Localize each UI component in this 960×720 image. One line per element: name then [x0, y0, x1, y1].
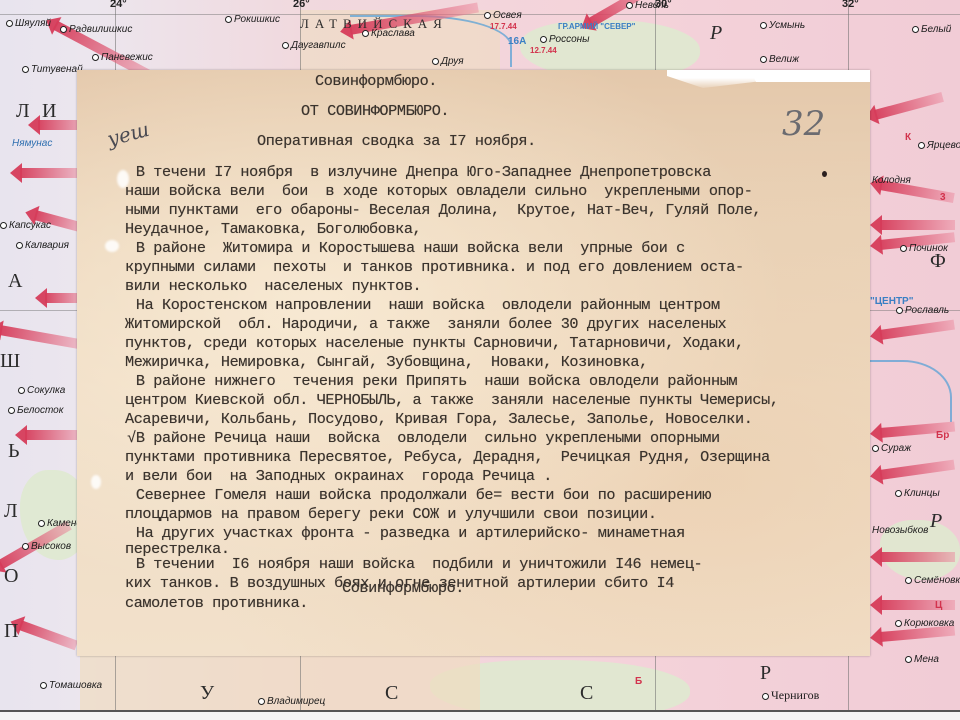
offensive-arrow: [880, 552, 955, 562]
army-label: 3: [940, 192, 946, 203]
map-region-letter: Ш: [0, 350, 22, 373]
map-city: Сокулка: [18, 385, 65, 396]
document-text-line: ными пунктами его обароны- Веселая Долин…: [125, 201, 761, 220]
offensive-arrow: [874, 92, 944, 120]
document-text-line: Межиричка, Немировка, Сынгай, Зубовщина,…: [125, 353, 648, 372]
document-text-line: пунктов, среди которых населеные пункты …: [125, 334, 744, 353]
map-city: Освея: [484, 10, 522, 21]
document-text-line: наши войска вели бои в ходе которых овла…: [125, 182, 752, 201]
map-city: Белосток: [8, 405, 63, 416]
document-text-line: Житомирской обл. Народичи, а также занял…: [125, 315, 726, 334]
map-region-letter: Ь: [8, 440, 21, 463]
document-text-line: В районе Житомира и Коростышева наши вой…: [101, 239, 685, 258]
map-city: Россоны: [540, 34, 590, 45]
army-label: 16А: [508, 36, 526, 47]
map-city: Шяуляй: [6, 18, 51, 29]
offensive-arrow: [880, 220, 955, 230]
map-city: Томашовка: [40, 680, 102, 691]
map-parallel: [0, 14, 960, 15]
degree-label: 32°: [842, 0, 859, 10]
offensive-arrow: [880, 600, 955, 610]
map-region-letter: И: [42, 100, 58, 123]
map-region-letter: Л: [4, 500, 20, 523]
document-signature: Совинформбюро.: [342, 579, 464, 598]
offensive-arrow: [879, 320, 955, 340]
map-city: Титувенай: [22, 64, 83, 75]
map-city: Капсукас: [0, 220, 51, 231]
document-text-line: Неудачное, Тамаковка, Боголюбовка,: [125, 220, 421, 239]
map-region-letter: У: [200, 682, 216, 705]
document-text-line: √В районе Речица наши войска овлодели си…: [101, 429, 720, 448]
document-text-line: В течении I6 ноября наши войска подбили …: [101, 555, 702, 574]
document-text-line: самолетов противника.: [125, 594, 308, 613]
map-river-label: Нямунас: [12, 138, 52, 149]
map-region-letter: Р: [760, 662, 773, 685]
army-date: 12.7.44: [530, 46, 557, 55]
document-title: ОТ СОВИНФОРМБЮРО.: [301, 102, 449, 121]
army-label: Бр: [936, 430, 949, 441]
map-city: Семёновка: [905, 575, 960, 586]
map-bottom-border: [0, 710, 960, 720]
map-city: Рокишкис: [225, 14, 280, 25]
map-city: Ярцево: [918, 140, 960, 151]
map-city: Радвилишкис: [60, 24, 132, 35]
document-text-line: Асаревичи, Кольбань, Посудово, Кривая Го…: [125, 410, 752, 429]
document-subtitle: Оперативная сводка за I7 ноября.: [257, 132, 536, 151]
army-date: 17.7.44: [490, 22, 517, 31]
army-label: Б: [635, 676, 642, 687]
army-label: К: [905, 132, 911, 143]
document-text-line: центром Киевской обл. ЧЕРНОБЫЛЬ, а также…: [125, 391, 779, 410]
map-region-letter: Р: [710, 22, 724, 45]
document-text-line: пунктами противника Пересвятое, Ребуса, …: [125, 448, 770, 467]
army-label: ГР.АРМИЙ "СЕВЕР": [558, 22, 635, 31]
document-text-line: В течени I7 ноября в излучине Днепра Юго…: [101, 163, 711, 182]
map-city: Друя: [432, 56, 464, 67]
map-region-letter: О: [4, 565, 20, 588]
map-city: Даугавпилс: [282, 40, 346, 51]
map-city: Мена: [905, 654, 939, 665]
map-city: Починок: [900, 243, 948, 254]
map-city: Усмынь: [760, 20, 805, 31]
document-text-line: крупными силами пехоты и танков противни…: [125, 258, 744, 277]
document-body: Совинформбюро. ОТ СОВИНФОРМБЮРО. Операти…: [77, 70, 870, 656]
map-city: Владимирец: [258, 696, 325, 707]
map-city: Корюковка: [895, 618, 954, 629]
document-text-line: плоцдармов на правом берегу реки СОЖ и у…: [125, 505, 657, 524]
map-river: [870, 360, 952, 422]
header-top: Совинформбюро.: [315, 72, 437, 91]
map-city: Калвария: [16, 240, 69, 251]
map-city: Велиж: [760, 54, 799, 65]
map-city: Паневежис: [92, 52, 153, 63]
offensive-arrow: [25, 430, 80, 440]
document-text-line: вили несколько населеных пунктов.: [125, 277, 421, 296]
document-text-line: В районе нижнего течения реки Припять на…: [101, 372, 737, 391]
document-text-line: Севернее Гомеля наши войска продолжали б…: [101, 486, 711, 505]
map-region-letter: П: [4, 620, 20, 643]
offensive-arrow: [879, 460, 955, 480]
map-region-letter: С: [385, 682, 400, 705]
map-region-letter: А: [8, 270, 24, 293]
offensive-arrow: [18, 620, 78, 650]
map-city: Высоков: [22, 541, 71, 552]
map-region-letter: Р: [930, 510, 944, 533]
document-text-line: и вели бои на Заподных окраинах города Р…: [125, 467, 552, 486]
map-city: Краслава: [362, 28, 415, 39]
army-label: "ЦЕНТР": [870, 296, 913, 307]
map-region-letter: С: [580, 682, 595, 705]
typewritten-report-document: уеш 32 Совинформбюро. ОТ СОВИНФОРМБЮРО. …: [77, 70, 870, 656]
degree-label: 26°: [293, 0, 310, 10]
document-text-line: На Коростенском напровлении наши войска …: [101, 296, 720, 315]
offensive-arrow: [20, 168, 80, 178]
map-region-letter: Л: [16, 100, 32, 123]
map-city: Чернигов: [762, 688, 819, 703]
map-city: Колодня: [872, 175, 911, 186]
map-city: Клинцы: [895, 488, 940, 499]
degree-label: 24°: [110, 0, 127, 10]
map-city: Невель: [626, 0, 669, 11]
offensive-arrow: [0, 325, 80, 349]
map-city: Новозыбков: [872, 525, 928, 536]
map-city: Сураж: [872, 443, 911, 454]
army-label: Ц: [935, 600, 942, 611]
map-city: Белый: [912, 24, 951, 35]
